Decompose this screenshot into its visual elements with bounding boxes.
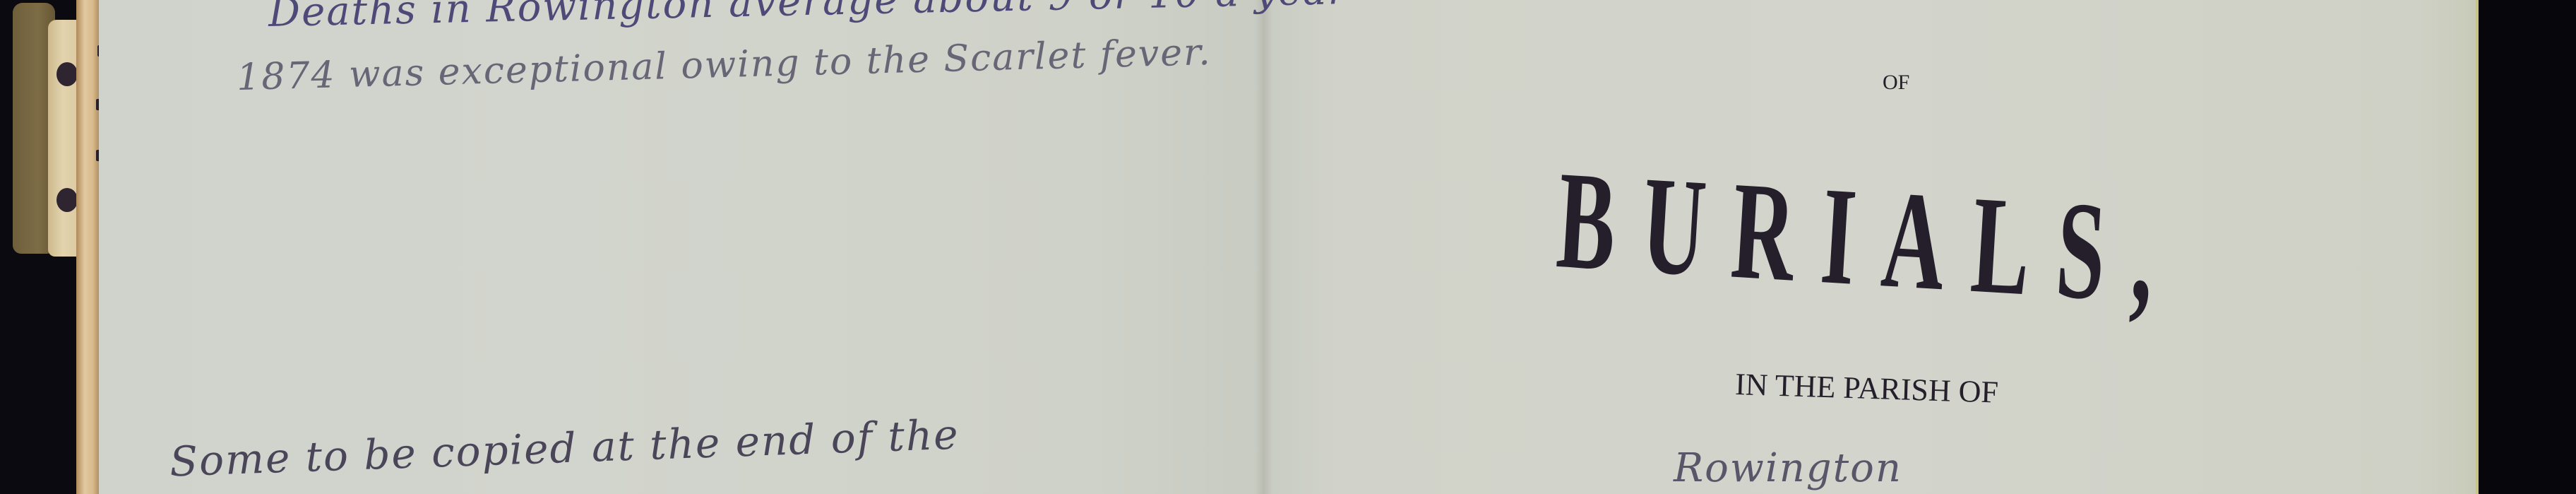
title-text: BURIALS, [1554,150,2185,327]
binding-strip [76,0,100,494]
tab-dot-icon [56,188,78,212]
handwritten-parish-name: Rowington [1674,445,1902,491]
printed-of: OF [1883,71,1909,95]
page-gutter [1256,0,1272,494]
tab-dot-icon [56,62,78,86]
book-spread: Deaths in Rowington average about 9 or 1… [0,0,2576,494]
